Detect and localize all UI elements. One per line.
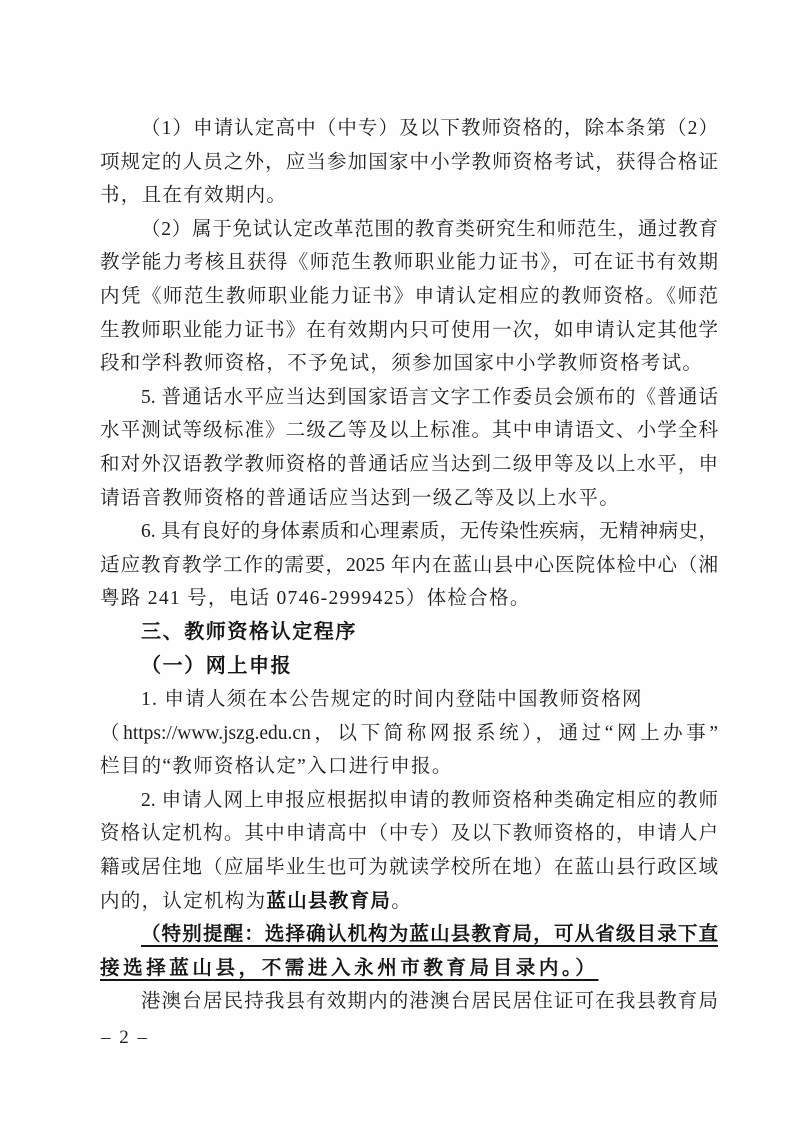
special-reminder-line: （特别提醒：选择确认机构为蓝山县教育局，可从省级目录下直: [100, 918, 718, 952]
text-run: 内凭《师范生教师职业能力证书》申请认定相应的教师资格。《师范: [100, 286, 718, 307]
text-line: 内的，认定机构为蓝山县教育局。: [100, 885, 718, 919]
text-run: 段和学科教师资格，不予免试，须参加国家中小学教师资格考试。: [100, 353, 703, 374]
text-line: 书，且在有效期内。: [100, 179, 718, 213]
text-run: （https://www.jszg.edu.cn，以下简称网报系统），通过“网上…: [100, 723, 718, 744]
text-line: 适应教育教学工作的需要，2025 年内在蓝山县中心医院体检中心（湘: [100, 549, 718, 583]
text-run: 5. 普通话水平应当达到国家语言文字工作委员会颁布的《普通话: [141, 387, 718, 408]
text-run: 2. 申请人网上申报应根据拟申请的教师资格种类确定相应的教师: [141, 790, 718, 811]
text-line: 项规定的人员之外，应当参加国家中小学教师资格考试，获得合格证: [100, 146, 718, 180]
scanned-document-page: （1）申请认定高中（中专）及以下教师资格的，除本条第（2）项规定的人员之外，应当…: [0, 0, 793, 1121]
text-line: 和对外汉语教学教师资格的普通话应当达到二级甲等及以上水平，申: [100, 448, 718, 482]
text-run: 栏目的“教师资格认定”入口进行申报。: [100, 756, 453, 777]
text-line: 5. 普通话水平应当达到国家语言文字工作委员会颁布的《普通话: [100, 381, 718, 415]
text-run: 籍或居住地（应届毕业生也可为就读学校所在地）在蓝山县行政区域: [100, 857, 718, 878]
text-line: （https://www.jszg.edu.cn，以下简称网报系统），通过“网上…: [100, 717, 718, 751]
page-number: – 2 –: [101, 1022, 149, 1054]
text-run: （一）网上申报: [141, 655, 292, 677]
text-line: 内凭《师范生教师职业能力证书》申请认定相应的教师资格。《师范: [100, 280, 718, 314]
text-run: 和对外汉语教学教师资格的普通话应当达到二级甲等及以上水平，申: [100, 454, 718, 475]
text-run: （特别提醒：选择确认机构为蓝山县教育局，可从省级目录下直: [141, 924, 718, 945]
text-run: 6. 具有良好的身体素质和心理素质，无传染性疾病，无精神病史，: [141, 521, 718, 542]
text-run: 请语音教师资格的普通话应当达到一级乙等及以上水平。: [100, 488, 620, 509]
text-run: 书，且在有效期内。: [100, 185, 287, 206]
text-run: 生教师职业能力证书》在有效期内只可使用一次，如申请认定其他学: [100, 320, 718, 341]
text-line: 2. 申请人网上申报应根据拟申请的教师资格种类确定相应的教师: [100, 784, 718, 818]
text-line: 水平测试等级标准》二级乙等及以上标准。其中申请语文、小学全科: [100, 414, 718, 448]
text-line: 港澳台居民持我县有效期内的港澳台居民居住证可在我县教育局: [100, 985, 718, 1019]
special-reminder-line: 接选择蓝山县，不需进入永州市教育局目录内。）: [100, 952, 718, 986]
text-run: 内的，认定机构为: [100, 891, 266, 912]
text-line: （2）属于免试认定改革范围的教育类研究生和师范生，通过教育: [100, 213, 718, 247]
text-line: 请语音教师资格的普通话应当达到一级乙等及以上水平。: [100, 482, 718, 516]
section-heading-line: （一）网上申报: [100, 650, 718, 684]
text-line: 生教师职业能力证书》在有效期内只可使用一次，如申请认定其他学: [100, 314, 718, 348]
text-line: 段和学科教师资格，不予免试，须参加国家中小学教师资格考试。: [100, 347, 718, 381]
text-line: 6. 具有良好的身体素质和心理素质，无传染性疾病，无精神病史，: [100, 515, 718, 549]
text-line: 粤路 241 号，电话 0746-2999425）体检合格。: [100, 582, 718, 616]
text-line: 籍或居住地（应届毕业生也可为就读学校所在地）在蓝山县行政区域: [100, 851, 718, 885]
section-heading-line: 三、教师资格认定程序: [100, 616, 718, 650]
text-run: 教学能力考核且获得《师范生教师职业能力证书》，可在证书有效期: [100, 252, 718, 273]
text-run: 。: [391, 891, 412, 912]
text-run: 粤路 241 号，电话 0746-2999425）体检合格。: [100, 588, 531, 609]
text-run: 港澳台居民持我县有效期内的港澳台居民居住证可在我县教育局: [141, 991, 718, 1012]
text-run: （2）属于免试认定改革范围的教育类研究生和师范生，通过教育: [141, 219, 718, 240]
text-run: 1. 申请人须在本公告规定的时间内登陆中国教师资格网: [141, 689, 643, 710]
bold-text-run: 蓝山县教育局: [266, 891, 391, 912]
text-line: （1）申请认定高中（中专）及以下教师资格的，除本条第（2）: [100, 112, 718, 146]
text-line: 1. 申请人须在本公告规定的时间内登陆中国教师资格网: [100, 683, 718, 717]
text-run: （1）申请认定高中（中专）及以下教师资格的，除本条第（2）: [141, 118, 718, 139]
text-line: 教学能力考核且获得《师范生教师职业能力证书》，可在证书有效期: [100, 246, 718, 280]
text-line: 栏目的“教师资格认定”入口进行申报。: [100, 750, 718, 784]
text-run: 水平测试等级标准》二级乙等及以上标准。其中申请语文、小学全科: [100, 420, 718, 441]
text-run: 适应教育教学工作的需要，2025 年内在蓝山县中心医院体检中心（湘: [100, 555, 718, 576]
text-run: 资格认定机构。其中申请高中（中专）及以下教师资格的，申请人户: [100, 823, 718, 844]
document-body: （1）申请认定高中（中专）及以下教师资格的，除本条第（2）项规定的人员之外，应当…: [100, 112, 718, 1019]
text-run: 项规定的人员之外，应当参加国家中小学教师资格考试，获得合格证: [100, 152, 718, 173]
text-line: 资格认定机构。其中申请高中（中专）及以下教师资格的，申请人户: [100, 817, 718, 851]
text-run: 接选择蓝山县，不需进入永州市教育局目录内。）: [100, 958, 598, 979]
text-run: 三、教师资格认定程序: [141, 621, 357, 643]
